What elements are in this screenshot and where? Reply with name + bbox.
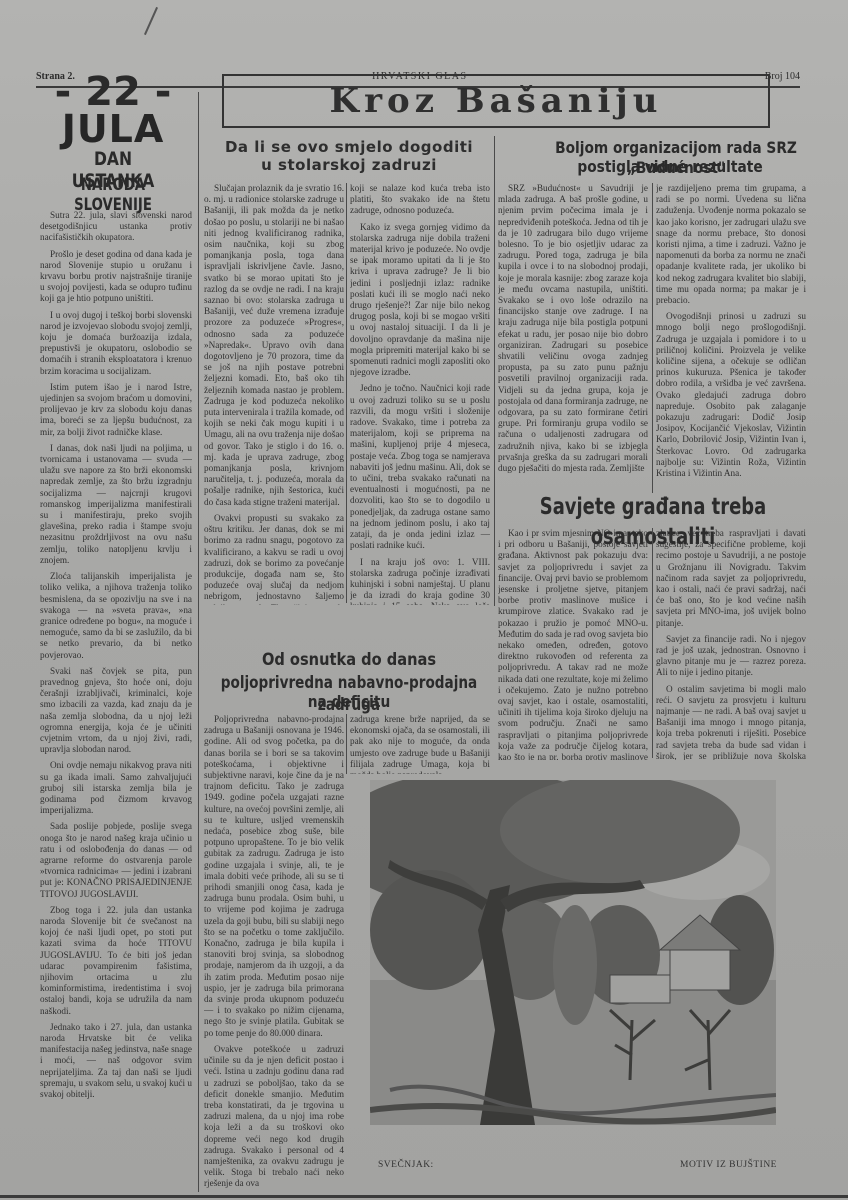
newspaper-page: Strana 2. HRVATSKI GLAS Broj 104 - 22 - … [0, 0, 848, 1200]
paragraph: SRZ »Budućnost« u Savudriji je mlada zad… [498, 183, 648, 474]
paragraph: Zloća talijanskih imperijalista je tolik… [40, 571, 192, 661]
tree-landscape-icon [370, 780, 776, 1125]
column-divider [652, 528, 653, 758]
date-month: JULA [38, 110, 188, 148]
column-divider [652, 183, 653, 493]
paragraph: Sutra 22. jula, slavi slovenski narod de… [40, 210, 192, 244]
illustration-artist: SVEČNJAK: [378, 1160, 434, 1170]
paragraph: Kako iz svega gornjeg vidimo da stolarsk… [350, 222, 490, 379]
paragraph: I na kraju još ovo: 1. VIII. stolarska z… [350, 557, 490, 606]
paragraph: je razdijeljeno prema tim grupama, a rad… [656, 183, 806, 306]
pen-mark [144, 7, 158, 35]
paragraph: Ovakve poteškoće u zadruzi učinile su da… [204, 1044, 344, 1190]
paragraph: Ovogodišnji prinosi u zadruzi su mnogo b… [656, 311, 806, 479]
paragraph: Sada poslije pobjede, poslije svega onog… [40, 821, 192, 899]
zadruga-col-1: Poljoprivredna nabavno-prodajna zadruga … [204, 714, 344, 1194]
zadruga-headline-1: Od osnutka do danas [225, 650, 473, 670]
paragraph: Oni ovdje nemaju nikakvog prava niti su … [40, 760, 192, 816]
paragraph: Jedno je točno. Naučnici koji rade u ovo… [350, 383, 490, 551]
sidebar-article-body: Sutra 22. jula, slavi slovenski narod de… [40, 210, 192, 1190]
stolarska-col-1: Slučajan prolaznik da je svratio 16. o. … [204, 183, 344, 605]
zadruga-headline-3: na deficitu [225, 692, 473, 712]
sidebar-headline-2: NARODA SLOVENIJE [55, 175, 172, 215]
paragraph: O ostalim savjetima bi mogli malo reći. … [656, 684, 806, 760]
paragraph: zadruga krene brže naprijed, da se ekono… [350, 714, 490, 774]
illustration-title: MOTIV IZ BUJŠTINE [680, 1160, 777, 1170]
paragraph: Istim putem išao je i narod Istre, ujedi… [40, 382, 192, 438]
buducnost-col-1: SRZ »Budućnost« u Savudriji je mlada zad… [498, 183, 648, 495]
paragraph: Savjet za financije radi. No i njegov ra… [656, 634, 806, 679]
column-divider [198, 92, 199, 1192]
savjete-col-2: zlatice, već treba raspravljati i davati… [656, 528, 806, 760]
paragraph: Prošlo je deset godina od dana kada je n… [40, 249, 192, 305]
paragraph: zlatice, već treba raspravljati i davati… [656, 528, 806, 629]
stolarska-col-2: koji se nalaze kod kuća treba isto plati… [350, 183, 490, 605]
section-title: Kroz Bašaniju [222, 74, 770, 128]
zadruga-col-2: zadruga krene brže naprijed, da se ekono… [350, 714, 490, 774]
savjete-col-1: Kao i pr svim mjesnim NO-ima, tako i pri… [498, 528, 648, 760]
buducnost-col-2: je razdijeljeno prema tim grupama, a rad… [656, 183, 806, 495]
paragraph: I danas, dok naši ljudi na poljima, u tv… [40, 443, 192, 566]
paragraph: I u ovoj dugoj i teškoj borbi slovenski … [40, 310, 192, 377]
column-divider [346, 714, 347, 774]
paragraph: Poljoprivredna nabavno-prodajna zadruga … [204, 714, 344, 1039]
paragraph: Zbog toga i 22. jula dan ustanka naroda … [40, 905, 192, 1017]
paragraph: Jednako tako i 27. jula, dan ustanka nar… [40, 1022, 192, 1100]
stolarska-headline-2: u stolarskoj zadruzi [205, 156, 493, 175]
paragraph: Ovakvi propusti su svakako za oštru krit… [204, 513, 344, 605]
stolarska-headline-1: Da li se ovo smjelo dogoditi [205, 138, 493, 157]
landscape-illustration [370, 780, 776, 1125]
paragraph: Svaki naš čovjek se pita, pun pravednog … [40, 666, 192, 756]
column-divider [346, 183, 347, 603]
date-number: - 22 - [38, 72, 188, 112]
paragraph: koji se nalaze kod kuća treba isto plati… [350, 183, 490, 217]
paragraph: Kao i pr svim mjesnim NO-ima, tako i pri… [498, 528, 648, 760]
paragraph: Slučajan prolaznik da je svratio 16. o. … [204, 183, 344, 508]
column-divider [494, 136, 495, 606]
buducnost-headline-2: postigla vidne rezultate [515, 157, 825, 177]
bottom-rule [0, 1195, 848, 1198]
